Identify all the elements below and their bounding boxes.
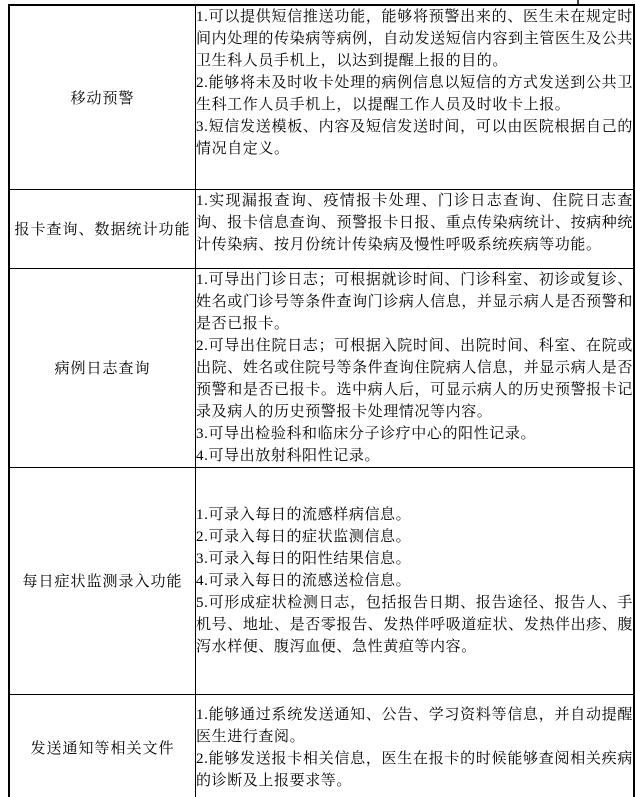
feature-description-cell: 1.可录入每日的流感样病信息。2.可录入每日的症状监测信息。3.可录入每日的阳性…: [196, 467, 635, 694]
description-item: 4.可录入每日的流感送检信息。: [196, 570, 633, 592]
description-item: 1.可导出门诊日志；可根据就诊时间、门诊科室、初诊或复诊、姓名或门诊号等条件查询…: [196, 269, 633, 335]
table-row: 每日症状监测录入功能 1.可录入每日的流感样病信息。2.可录入每日的症状监测信息…: [9, 467, 634, 694]
description-item: 2.可导出住院日志；可根据入院时间、出院时间、科室、在院或出院、姓名或住院号等条…: [196, 335, 633, 423]
description-item: 1.实现漏报查询、疫情报卡处理、门诊日志查询、住院日志查询、报卡信息查询、预警报…: [196, 190, 633, 256]
table-row: 移动预警 1.可以提供短信推送功能，能够将预警出来的、医生未在规定时间内处理的传…: [9, 5, 634, 189]
table-row: 报卡查询、数据统计功能 1.实现漏报查询、疫情报卡处理、门诊日志查询、住院日志查…: [9, 189, 634, 268]
description-item: 2.可录入每日的症状监测信息。: [196, 526, 633, 548]
description-item: 4.可导出放射科阳性记录。: [196, 445, 633, 467]
feature-description-cell: 1.可以提供短信推送功能，能够将预警出来的、医生未在规定时间内处理的传染病等病例…: [196, 5, 635, 189]
description-item: 1.能够通过系统发送通知、公告、学习资料等信息，并自动提醒医生进行查阅。: [196, 704, 633, 748]
description-item: 1.可以提供短信推送功能，能够将预警出来的、医生未在规定时间内处理的传染病等病例…: [196, 6, 633, 72]
description-item: 3.可录入每日的阳性结果信息。: [196, 548, 633, 570]
feature-name: 发送通知等相关文件: [30, 741, 174, 757]
feature-name: 移动预警: [70, 91, 134, 107]
table-body: 移动预警 1.可以提供短信推送功能，能够将预警出来的、医生未在规定时间内处理的传…: [9, 5, 634, 797]
description-item: 3.短信发送模板、内容及短信发送时间，可以由医院根据自己的情况自定义。: [196, 116, 633, 160]
description-item: 5.可形成症状检测日志，包括报告日期、报告途径、报告人、手机号、地址、是否零报告…: [196, 592, 633, 658]
feature-name-cell: 发送通知等相关文件: [9, 694, 196, 797]
feature-name: 每日症状监测录入功能: [22, 574, 182, 590]
feature-description-cell: 1.实现漏报查询、疫情报卡处理、门诊日志查询、住院日志查询、报卡信息查询、预警报…: [196, 189, 635, 268]
feature-name: 病例日志查询: [54, 361, 150, 377]
description-item: 2.能够将未及时收卡处理的病例信息以短信的方式发送到公共卫生科工作人员手机上，以…: [196, 72, 633, 116]
description-item: 3.可导出检验科和临床分子诊疗中心的阳性记录。: [196, 423, 633, 445]
feature-description-cell: 1.可导出门诊日志；可根据就诊时间、门诊科室、初诊或复诊、姓名或门诊号等条件查询…: [196, 268, 635, 467]
feature-name-cell: 移动预警: [9, 5, 196, 189]
feature-name: 报卡查询、数据统计功能: [14, 222, 190, 238]
description-item: 1.可录入每日的流感样病信息。: [196, 504, 633, 526]
description-item: 2.能够发送报卡相关信息，医生在报卡的时候能够查阅相关疾病的诊断及上报要求等。: [196, 748, 633, 792]
feature-description-cell: 1.能够通过系统发送通知、公告、学习资料等信息，并自动提醒医生进行查阅。2.能够…: [196, 694, 635, 797]
table-row: 发送通知等相关文件 1.能够通过系统发送通知、公告、学习资料等信息，并自动提醒医…: [9, 694, 634, 797]
feature-name-cell: 每日症状监测录入功能: [9, 467, 196, 694]
feature-table: 移动预警 1.可以提供短信推送功能，能够将预警出来的、医生未在规定时间内处理的传…: [8, 4, 635, 797]
feature-name-cell: 病例日志查询: [9, 268, 196, 467]
table-row: 病例日志查询 1.可导出门诊日志；可根据就诊时间、门诊科室、初诊或复诊、姓名或门…: [9, 268, 634, 467]
feature-name-cell: 报卡查询、数据统计功能: [9, 189, 196, 268]
document-page: 移动预警 1.可以提供短信推送功能，能够将预警出来的、医生未在规定时间内处理的传…: [0, 0, 635, 797]
